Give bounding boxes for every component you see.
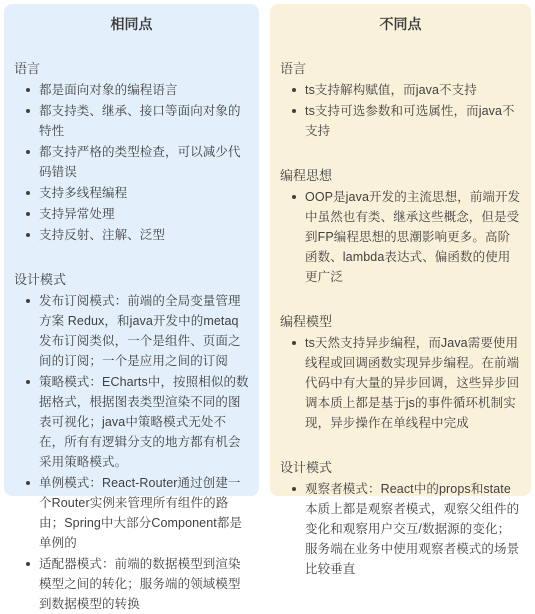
list-item: 都支持严格的类型检查，可以减少代码错误 (39, 142, 249, 182)
list-item: 观察者模式：React中的props和state本质上都是观察者模式，观察父组件… (305, 479, 521, 579)
bullet-list: ts天然支持异步编程，而Java需要使用线程或回调函数实现异步编程。在前端代码中… (280, 333, 521, 433)
bullet-list: 都是面向对象的编程语言 都支持类、继承、接口等面向对象的特性 都支持严格的类型检… (14, 80, 249, 245)
list-item: 都是面向对象的编程语言 (39, 80, 249, 100)
list-item: 单例模式：React-Router通过创建一个Router实例来管理所有组件的路… (39, 473, 249, 553)
differences-section-programming-model: 编程模型 ts天然支持异步编程，而Java需要使用线程或回调函数实现异步编程。在… (280, 313, 521, 433)
section-heading: 编程思想 (280, 167, 521, 185)
similarities-section-design-patterns: 设计模式 发布订阅模式：前端的全局变量管理方案 Redux，和java开发中的m… (14, 271, 249, 614)
section-heading: 语言 (280, 60, 521, 78)
list-item: 支持反射、注解、泛型 (39, 225, 249, 245)
list-item: ts支持解构赋值，而java不支持 (305, 80, 521, 100)
similarities-title: 相同点 (14, 14, 249, 34)
section-heading: 设计模式 (14, 271, 249, 289)
list-item: ts天然支持异步编程，而Java需要使用线程或回调函数实现异步编程。在前端代码中… (305, 333, 521, 433)
list-item: 都支持类、继承、接口等面向对象的特性 (39, 101, 249, 141)
comparison-page: 相同点 语言 都是面向对象的编程语言 都支持类、继承、接口等面向对象的特性 都支… (0, 0, 535, 500)
differences-section-programming-thought: 编程思想 OOP是java开发的主流思想，前端开发中虽然也有类、继承这些概念，但… (280, 167, 521, 287)
differences-title: 不同点 (280, 14, 521, 34)
differences-section-design-patterns: 设计模式 观察者模式：React中的props和state本质上都是观察者模式，… (280, 459, 521, 579)
section-heading: 编程模型 (280, 313, 521, 331)
similarities-panel: 相同点 语言 都是面向对象的编程语言 都支持类、继承、接口等面向对象的特性 都支… (4, 4, 259, 496)
list-item: 支持多线程编程 (39, 183, 249, 203)
differences-panel: 不同点 语言 ts支持解构赋值，而java不支持 ts支持可选参数和可选属性，而… (270, 4, 531, 496)
bullet-list: 观察者模式：React中的props和state本质上都是观察者模式，观察父组件… (280, 479, 521, 579)
list-item: 策略模式：ECharts中，按照相似的数据格式，根据图表类型渲染不同的图表可视化… (39, 372, 249, 472)
list-item: 支持异常处理 (39, 204, 249, 224)
similarities-section-language: 语言 都是面向对象的编程语言 都支持类、继承、接口等面向对象的特性 都支持严格的… (14, 60, 249, 245)
bullet-list: 发布订阅模式：前端的全局变量管理方案 Redux，和java开发中的metaq发… (14, 291, 249, 614)
section-heading: 设计模式 (280, 459, 521, 477)
list-item: ts支持可选参数和可选属性，而java不支持 (305, 101, 521, 141)
bullet-list: OOP是java开发的主流思想，前端开发中虽然也有类、继承这些概念，但是受到FP… (280, 187, 521, 287)
differences-section-language: 语言 ts支持解构赋值，而java不支持 ts支持可选参数和可选属性，而java… (280, 60, 521, 141)
bullet-list: ts支持解构赋值，而java不支持 ts支持可选参数和可选属性，而java不支持 (280, 80, 521, 141)
list-item: 发布订阅模式：前端的全局变量管理方案 Redux，和java开发中的metaq发… (39, 291, 249, 371)
section-heading: 语言 (14, 60, 249, 78)
list-item: 适配器模式：前端的数据模型到渲染模型之间的转化；服务端的领域模型到数据模型的转换 (39, 554, 249, 614)
list-item: OOP是java开发的主流思想，前端开发中虽然也有类、继承这些概念，但是受到FP… (305, 187, 521, 287)
